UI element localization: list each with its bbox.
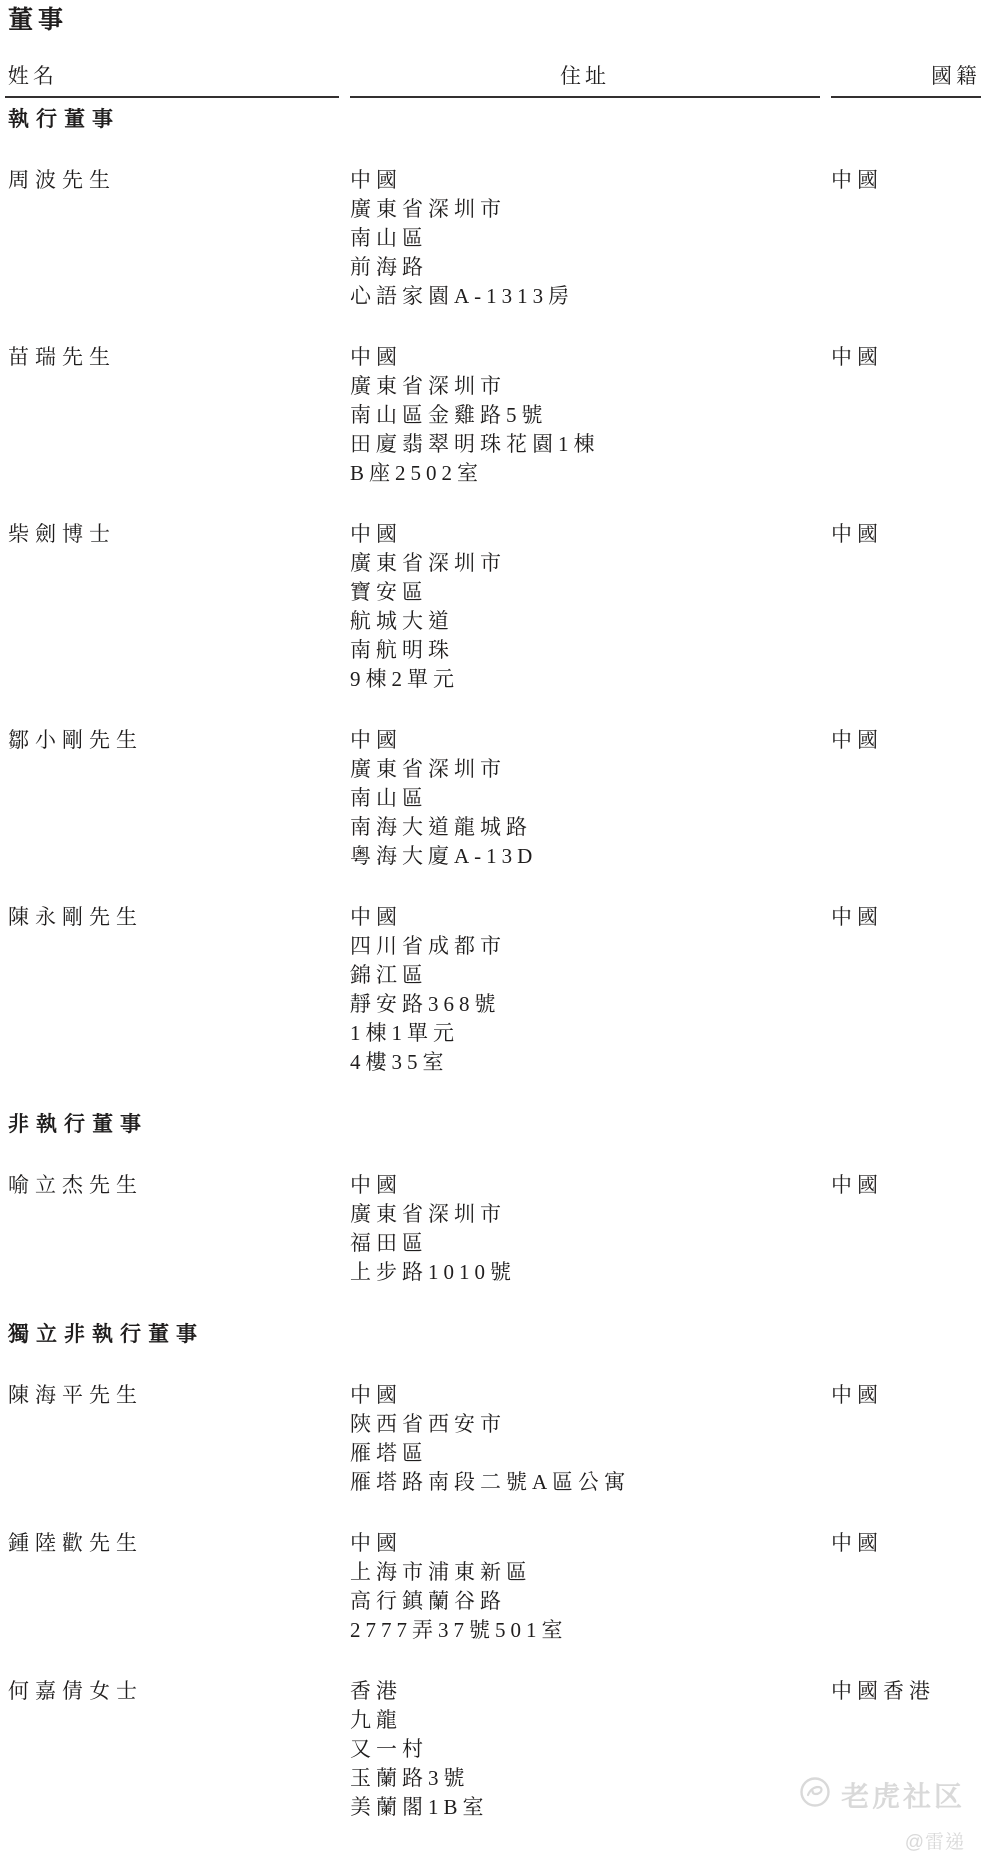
director-address: 香港九龍又一村玉蘭路3號美蘭閣1B室 <box>350 1677 820 1822</box>
director-nationality: 中國 <box>831 1381 981 1497</box>
director-nationality: 中國 <box>831 343 981 488</box>
section-rows: 喻立杰先生 中國廣東省深圳市福田區上步路1010號 中國 <box>5 1171 989 1287</box>
director-name: 鍾陸歡先生 <box>5 1529 339 1645</box>
director-section: 非執行董事 喻立杰先生 中國廣東省深圳市福田區上步路1010號 中國 <box>5 1110 989 1287</box>
director-row: 喻立杰先生 中國廣東省深圳市福田區上步路1010號 中國 <box>5 1171 989 1287</box>
address-line: 廣東省深圳市 <box>350 755 820 784</box>
director-row: 周波先生 中國廣東省深圳市南山區前海路心語家園A-1313房 中國 <box>5 166 989 311</box>
director-address: 中國四川省成都市錦江區靜安路368號1棟1單元4樓35室 <box>350 903 820 1077</box>
director-nationality: 中國 <box>831 520 981 694</box>
address-line: 寶安區 <box>350 578 820 607</box>
tiger-logo-icon <box>799 1776 831 1815</box>
address-line: 航城大道 <box>350 607 820 636</box>
director-address: 中國廣東省深圳市南山區前海路心語家園A-1313房 <box>350 166 820 311</box>
director-row: 陳永剛先生 中國四川省成都市錦江區靜安路368號1棟1單元4樓35室 中國 <box>5 903 989 1077</box>
director-address: 中國廣東省深圳市福田區上步路1010號 <box>350 1171 820 1287</box>
address-line: 4樓35室 <box>350 1048 820 1077</box>
director-row: 鄒小剛先生 中國廣東省深圳市南山區南海大道龍城路粵海大廈A-13D 中國 <box>5 726 989 871</box>
directors-table-body: 執行董事 周波先生 中國廣東省深圳市南山區前海路心語家園A-1313房 中國 苗… <box>5 105 989 1822</box>
watermark-handle: @雷递 <box>799 1827 965 1854</box>
director-address: 中國廣東省深圳市寶安區航城大道南航明珠9棟2單元 <box>350 520 820 694</box>
director-name: 鄒小剛先生 <box>5 726 339 871</box>
address-line: 心語家園A-1313房 <box>350 282 820 311</box>
director-name: 何嘉倩女士 <box>5 1677 339 1822</box>
director-address: 中國廣東省深圳市南山區金雞路5號田廈翡翠明珠花園1棟B座2502室 <box>350 343 820 488</box>
director-name: 柴劍博士 <box>5 520 339 694</box>
address-line: 雁塔區 <box>350 1439 820 1468</box>
address-line: 中國 <box>350 1529 820 1558</box>
address-line: 香港 <box>350 1677 820 1706</box>
address-line: 靜安路368號 <box>350 990 820 1019</box>
address-line: 粵海大廈A-13D <box>350 842 820 871</box>
director-name: 喻立杰先生 <box>5 1171 339 1287</box>
director-nationality: 中國 <box>831 166 981 311</box>
address-line: 前海路 <box>350 253 820 282</box>
address-line: 廣東省深圳市 <box>350 1200 820 1229</box>
address-line: 中國 <box>350 1171 820 1200</box>
address-line: 2777弄37號501室 <box>350 1616 820 1645</box>
address-line: 9棟2單元 <box>350 665 820 694</box>
address-line: 上步路1010號 <box>350 1258 820 1287</box>
address-line: 南山區 <box>350 784 820 813</box>
address-line: 陝西省西安市 <box>350 1410 820 1439</box>
address-line: 雁塔路南段二號A區公寓 <box>350 1468 820 1497</box>
section-rows: 周波先生 中國廣東省深圳市南山區前海路心語家園A-1313房 中國 苗瑞先生 中… <box>5 166 989 1077</box>
address-line: 南航明珠 <box>350 636 820 665</box>
address-line: 玉蘭路3號 <box>350 1764 820 1793</box>
address-line: 美蘭閣1B室 <box>350 1793 820 1822</box>
address-line: 南海大道龍城路 <box>350 813 820 842</box>
address-line: 廣東省深圳市 <box>350 549 820 578</box>
address-line: 中國 <box>350 726 820 755</box>
page-title: 董事 <box>8 6 989 36</box>
address-line: 福田區 <box>350 1229 820 1258</box>
column-header-name: 姓名 <box>5 63 339 98</box>
director-section: 獨立非執行董事 陳海平先生 中國陝西省西安市雁塔區雁塔路南段二號A區公寓 中國 … <box>5 1320 989 1822</box>
section-rows: 陳海平先生 中國陝西省西安市雁塔區雁塔路南段二號A區公寓 中國 鍾陸歡先生 中國… <box>5 1381 989 1822</box>
address-line: 南山區 <box>350 224 820 253</box>
director-nationality: 中國 <box>831 1529 981 1645</box>
address-line: 廣東省深圳市 <box>350 195 820 224</box>
address-line: 中國 <box>350 166 820 195</box>
address-line: 田廈翡翠明珠花園1棟 <box>350 430 820 459</box>
address-line: 中國 <box>350 1381 820 1410</box>
address-line: 1棟1單元 <box>350 1019 820 1048</box>
column-header-nationality: 國籍 <box>831 63 981 98</box>
watermark-brand-row: 老虎社区 <box>799 1775 965 1815</box>
director-address: 中國陝西省西安市雁塔區雁塔路南段二號A區公寓 <box>350 1381 820 1497</box>
address-line: 中國 <box>350 903 820 932</box>
address-line: 上海市浦東新區 <box>350 1558 820 1587</box>
watermark-brand: 老虎社区 <box>841 1775 965 1815</box>
director-row: 鍾陸歡先生 中國上海市浦東新區高行鎮蘭谷路2777弄37號501室 中國 <box>5 1529 989 1645</box>
address-line: 九龍 <box>350 1706 820 1735</box>
director-name: 周波先生 <box>5 166 339 311</box>
address-line: 中國 <box>350 343 820 372</box>
watermark: 老虎社区 @雷递 <box>799 1775 965 1854</box>
director-address: 中國上海市浦東新區高行鎮蘭谷路2777弄37號501室 <box>350 1529 820 1645</box>
director-name: 陳永剛先生 <box>5 903 339 1077</box>
director-name: 苗瑞先生 <box>5 343 339 488</box>
director-section: 執行董事 周波先生 中國廣東省深圳市南山區前海路心語家園A-1313房 中國 苗… <box>5 105 989 1077</box>
table-header: 姓名 住址 國籍 <box>5 63 989 98</box>
address-line: 錦江區 <box>350 961 820 990</box>
section-heading: 非執行董事 <box>8 1110 989 1139</box>
director-nationality: 中國 <box>831 726 981 871</box>
address-line: 廣東省深圳市 <box>350 372 820 401</box>
director-name: 陳海平先生 <box>5 1381 339 1497</box>
address-line: B座2502室 <box>350 459 820 488</box>
director-row: 苗瑞先生 中國廣東省深圳市南山區金雞路5號田廈翡翠明珠花園1棟B座2502室 中… <box>5 343 989 488</box>
director-row: 陳海平先生 中國陝西省西安市雁塔區雁塔路南段二號A區公寓 中國 <box>5 1381 989 1497</box>
address-line: 又一村 <box>350 1735 820 1764</box>
director-address: 中國廣東省深圳市南山區南海大道龍城路粵海大廈A-13D <box>350 726 820 871</box>
section-heading: 獨立非執行董事 <box>8 1320 989 1349</box>
document-page: 董事 姓名 住址 國籍 執行董事 周波先生 中國廣東省深圳市南山區前海路心語家園… <box>0 0 989 1868</box>
address-line: 四川省成都市 <box>350 932 820 961</box>
section-heading: 執行董事 <box>8 105 989 134</box>
address-line: 中國 <box>350 520 820 549</box>
director-row: 柴劍博士 中國廣東省深圳市寶安區航城大道南航明珠9棟2單元 中國 <box>5 520 989 694</box>
address-line: 高行鎮蘭谷路 <box>350 1587 820 1616</box>
column-header-address: 住址 <box>350 63 820 98</box>
director-nationality: 中國 <box>831 903 981 1077</box>
address-line: 南山區金雞路5號 <box>350 401 820 430</box>
director-nationality: 中國 <box>831 1171 981 1287</box>
